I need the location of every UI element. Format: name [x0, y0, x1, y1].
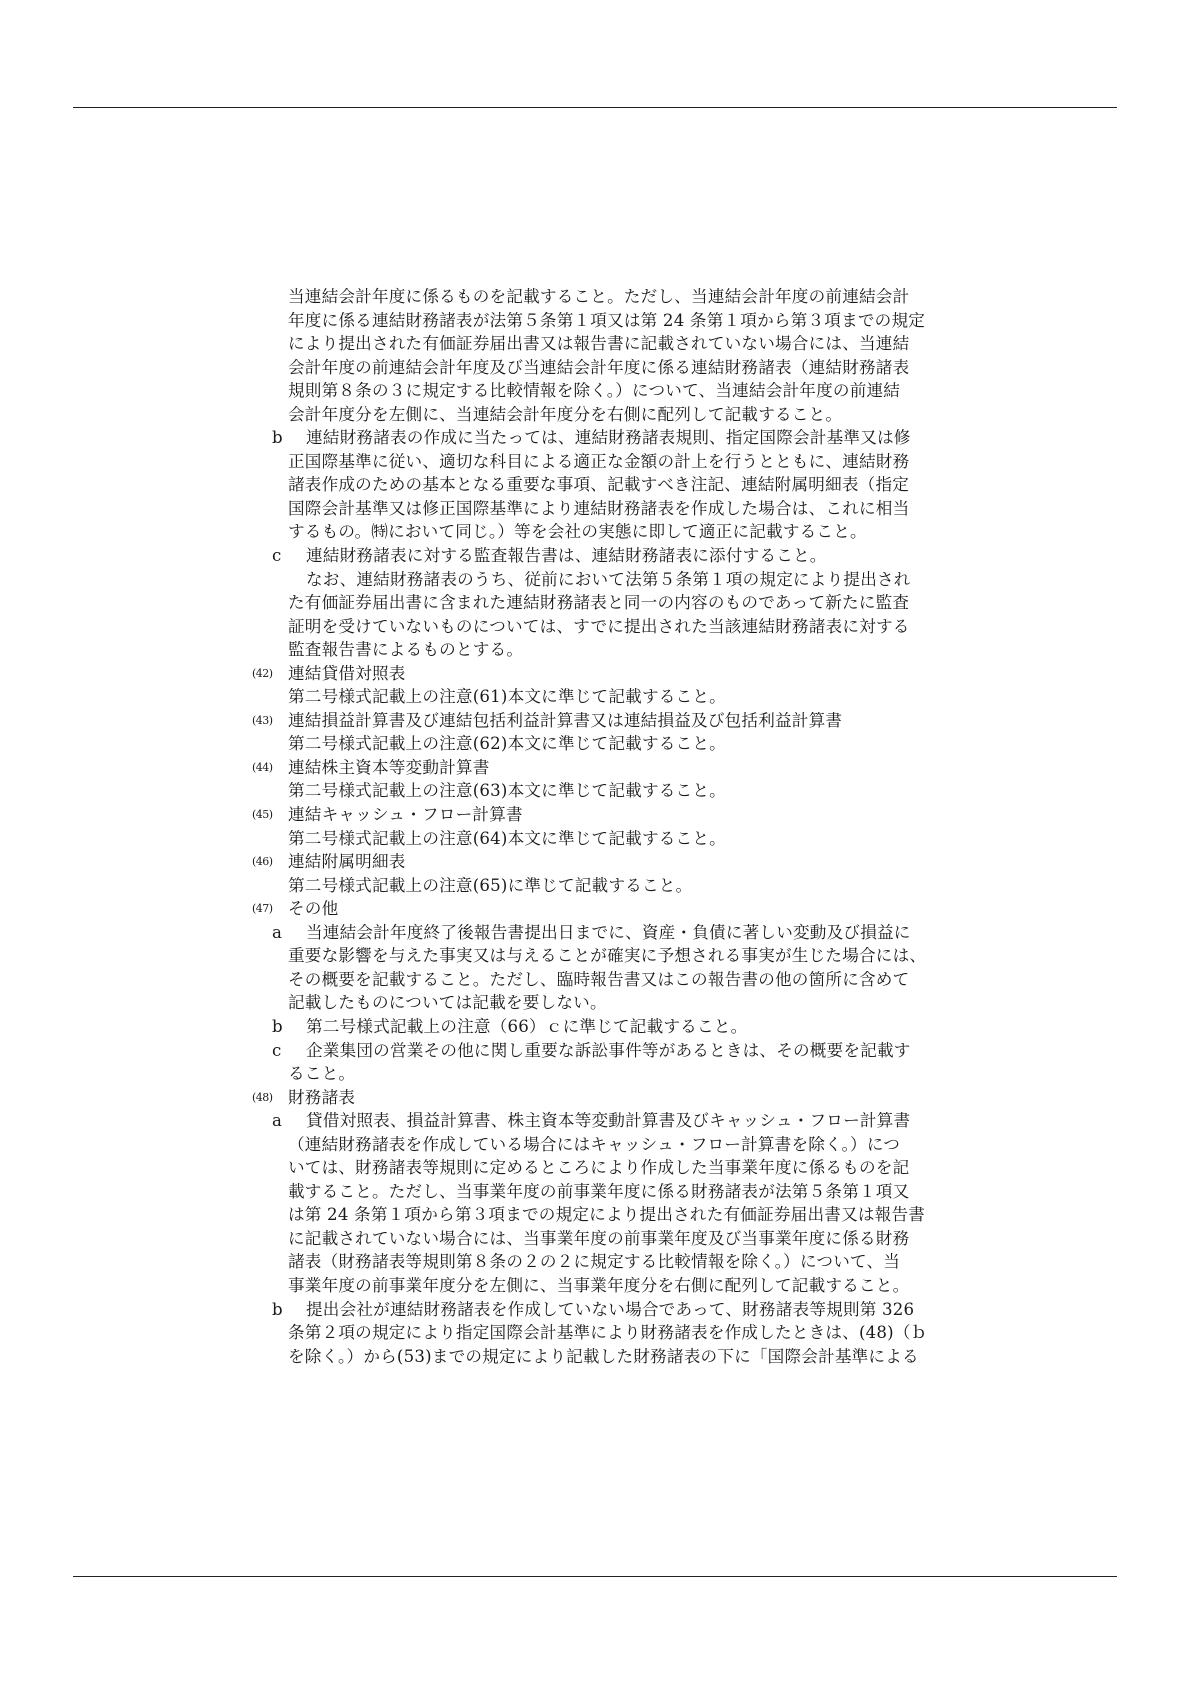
line-text: 貸借対照表、損益計算書、株主資本等変動計算書及びキャッシュ・フロー計算書 [306, 1109, 910, 1133]
numbered-item-heading: (42)連結貸借対照表 [250, 662, 970, 686]
body-text-line: 規則第８条の３に規定する比較情報を除く。）について、当連結会計年度の前連結 [250, 379, 970, 403]
body-text-line: 重要な影響を与えた事実又は与えることが確実に予想される事実が生じた場合には、 [250, 944, 970, 968]
body-text-line: 会計年度の前連結会計年度及び当連結会計年度に係る連結財務諸表（連結財務諸表 [250, 356, 970, 380]
line-text: 諸表（財務諸表等規則第８条の２の２に規定する比較情報を除く。）について、当 [288, 1250, 900, 1274]
body-text-line: 第二号様式記載上の注意(64)本文に準じて記載すること。 [250, 827, 970, 851]
item-letter: b [272, 1298, 283, 1322]
body-text-line: 諸表作成のための基本となる重要な事項、記載すべき注記、連結附属明細表（指定 [250, 473, 970, 497]
item-letter: b [272, 1015, 283, 1039]
footer-rule [73, 1576, 1117, 1577]
item-letter: a [272, 921, 282, 945]
line-text: 第二号様式記載上の注意(63)本文に準じて記載すること。 [288, 779, 726, 803]
line-text: 提出会社が連結財務諸表を作成していない場合であって、財務諸表等規則第 326 [306, 1298, 914, 1322]
line-text: 事業年度の前事業年度分を左側に、当事業年度分を右側に配列して記載すること。 [288, 1274, 909, 1298]
body-text-line: 年度に係る連結財務諸表が法第５条第１項又は第 24 条第１項から第３項までの規定 [250, 309, 970, 333]
line-text: 連結損益計算書及び連結包括利益計算書又は連結損益及び包括利益計算書 [288, 709, 842, 733]
body-text-line: 監査報告書によるものとする。 [250, 638, 970, 662]
body-text-line: いては、財務諸表等規則に定めるところにより作成した当事業年度に係るものを記 [250, 1156, 970, 1180]
lettered-subitem: a貸借対照表、損益計算書、株主資本等変動計算書及びキャッシュ・フロー計算書 [250, 1109, 970, 1133]
item-letter: a [272, 1109, 282, 1133]
body-text-line: なお、連結財務諸表のうち、従前において法第５条第１項の規定により提出され [250, 568, 970, 592]
line-text: 第二号様式記載上の注意（66）ｃに準じて記載すること。 [306, 1015, 747, 1039]
document-body: 当連結会計年度に係るものを記載すること。ただし、当連結会計年度の前連結会計年度に… [250, 285, 970, 1368]
numbered-item-heading: (47)その他 [250, 897, 970, 921]
line-text: は第 24 条第１項から第３項までの規定により提出された有価証券届出書又は報告書 [288, 1203, 925, 1227]
body-text-line: （連結財務諸表を作成している場合にはキャッシュ・フロー計算書を除く。）につ [250, 1133, 970, 1157]
body-text-line: ること。 [250, 1062, 970, 1086]
line-text: 正国際基準に従い、適切な科目による適正な金額の計上を行うとともに、連結財務 [288, 450, 909, 474]
line-text: するもの。㈵において同じ。）等を会社の実態に即して適正に記載すること。 [288, 520, 867, 544]
numbered-item-heading: (45)連結キャッシュ・フロー計算書 [250, 803, 970, 827]
body-text-line: 正国際基準に従い、適切な科目による適正な金額の計上を行うとともに、連結財務 [250, 450, 970, 474]
line-text: 連結貸借対照表 [288, 662, 406, 686]
line-text: 連結財務諸表の作成に当たっては、連結財務諸表規則、指定国際会計基準又は修 [306, 426, 911, 450]
line-text: 第二号様式記載上の注意(61)本文に準じて記載すること。 [288, 685, 726, 709]
line-text: 会計年度分を左側に、当連結会計年度分を右側に配列して記載すること。 [288, 403, 842, 427]
body-text-line: は第 24 条第１項から第３項までの規定により提出された有価証券届出書又は報告書 [250, 1203, 970, 1227]
body-text-line: 事業年度の前事業年度分を左側に、当事業年度分を右側に配列して記載すること。 [250, 1274, 970, 1298]
body-text-line: 条第２項の規定により指定国際会計基準により財務諸表を作成したときは、(48)（ｂ [250, 1321, 970, 1345]
line-text: 企業集団の営業その他に関し重要な訴訟事件等があるときは、その概要を記載す [306, 1039, 911, 1063]
line-text: （連結財務諸表を作成している場合にはキャッシュ・フロー計算書を除く。）につ [288, 1133, 900, 1157]
numbered-item-heading: (44)連結株主資本等変動計算書 [250, 756, 970, 780]
body-text-line: に記載されていない場合には、当事業年度の前事業年度及び当事業年度に係る財務 [250, 1227, 970, 1251]
lettered-subitem: c連結財務諸表に対する監査報告書は、連結財務諸表に添付すること。 [250, 544, 970, 568]
body-text-line: 証明を受けていないものについては、すでに提出された当該連結財務諸表に対する [250, 615, 970, 639]
line-text: 第二号様式記載上の注意(65)に準じて記載すること。 [288, 874, 692, 898]
line-text: 連結財務諸表に対する監査報告書は、連結財務諸表に添付すること。 [306, 544, 827, 568]
line-text: 記載したものについては記載を要しない。 [288, 991, 607, 1015]
item-number: (42) [252, 662, 273, 686]
line-text: 会計年度の前連結会計年度及び当連結会計年度に係る連結財務諸表（連結財務諸表 [288, 356, 909, 380]
body-text-line: た有価証券届出書に含まれた連結財務諸表と同一の内容のものであって新たに監査 [250, 591, 970, 615]
line-text: その他 [288, 897, 338, 921]
item-number: (45) [252, 803, 273, 827]
numbered-item-heading: (43)連結損益計算書及び連結包括利益計算書又は連結損益及び包括利益計算書 [250, 709, 970, 733]
body-text-line: 第二号様式記載上の注意(65)に準じて記載すること。 [250, 874, 970, 898]
body-text-line: を除く。）から(53)までの規定により記載した財務諸表の下に「国際会計基準による [250, 1345, 970, 1369]
header-rule [73, 107, 1117, 108]
line-text: 重要な影響を与えた事実又は与えることが確実に予想される事実が生じた場合には、 [288, 944, 926, 968]
body-text-line: 国際会計基準又は修正国際基準により連結財務諸表を作成した場合は、これに相当 [250, 497, 970, 521]
body-text-line: 第二号様式記載上の注意(62)本文に準じて記載すること。 [250, 732, 970, 756]
line-text: なお、連結財務諸表のうち、従前において法第５条第１項の規定により提出され [306, 568, 911, 592]
line-text: 規則第８条の３に規定する比較情報を除く。）について、当連結会計年度の前連結 [288, 379, 900, 403]
line-text: 財務諸表 [288, 1086, 355, 1110]
line-text: 連結附属明細表 [288, 850, 406, 874]
body-text-line: 当連結会計年度に係るものを記載すること。ただし、当連結会計年度の前連結会計 [250, 285, 970, 309]
line-text: を除く。）から(53)までの規定により記載した財務諸表の下に「国際会計基準による [288, 1345, 919, 1369]
body-text-line: その概要を記載すること。ただし、臨時報告書又はこの報告書の他の箇所に含めて [250, 968, 970, 992]
line-text: その概要を記載すること。ただし、臨時報告書又はこの報告書の他の箇所に含めて [288, 968, 909, 992]
body-text-line: 第二号様式記載上の注意(61)本文に準じて記載すること。 [250, 685, 970, 709]
line-text: た有価証券届出書に含まれた連結財務諸表と同一の内容のものであって新たに監査 [288, 591, 909, 615]
body-text-line: 載すること。ただし、当事業年度の前事業年度に係る財務諸表が法第５条第１項又 [250, 1180, 970, 1204]
line-text: 監査報告書によるものとする。 [288, 638, 523, 662]
item-number: (47) [252, 897, 273, 921]
body-text-line: により提出された有価証券届出書又は報告書に記載されていない場合には、当連結 [250, 332, 970, 356]
item-number: (48) [252, 1086, 273, 1110]
line-text: ること。 [288, 1062, 355, 1086]
body-text-line: 第二号様式記載上の注意(63)本文に準じて記載すること。 [250, 779, 970, 803]
item-letter: c [272, 1039, 282, 1063]
body-text-line: 記載したものについては記載を要しない。 [250, 991, 970, 1015]
numbered-item-heading: (48)財務諸表 [250, 1086, 970, 1110]
lettered-subitem: a当連結会計年度終了後報告書提出日までに、資産・負債に著しい変動及び損益に [250, 921, 970, 945]
line-text: 第二号様式記載上の注意(64)本文に準じて記載すること。 [288, 827, 726, 851]
line-text: 当連結会計年度に係るものを記載すること。ただし、当連結会計年度の前連結会計 [288, 285, 909, 309]
line-text: 連結キャッシュ・フロー計算書 [288, 803, 523, 827]
line-text: 証明を受けていないものについては、すでに提出された当該連結財務諸表に対する [288, 615, 910, 639]
line-text: 諸表作成のための基本となる重要な事項、記載すべき注記、連結附属明細表（指定 [288, 473, 909, 497]
line-text: 当連結会計年度終了後報告書提出日までに、資産・負債に著しい変動及び損益に [306, 921, 911, 945]
body-text-line: 会計年度分を左側に、当連結会計年度分を右側に配列して記載すること。 [250, 403, 970, 427]
lettered-subitem: b連結財務諸表の作成に当たっては、連結財務諸表規則、指定国際会計基準又は修 [250, 426, 970, 450]
line-text: 条第２項の規定により指定国際会計基準により財務諸表を作成したときは、(48)（ｂ [288, 1321, 927, 1345]
line-text: 年度に係る連結財務諸表が法第５条第１項又は第 24 条第１項から第３項までの規定 [288, 309, 925, 333]
lettered-subitem: b提出会社が連結財務諸表を作成していない場合であって、財務諸表等規則第 326 [250, 1298, 970, 1322]
item-letter: b [272, 426, 283, 450]
numbered-item-heading: (46)連結附属明細表 [250, 850, 970, 874]
line-text: いては、財務諸表等規則に定めるところにより作成した当事業年度に係るものを記 [288, 1156, 909, 1180]
line-text: に記載されていない場合には、当事業年度の前事業年度及び当事業年度に係る財務 [288, 1227, 909, 1251]
lettered-subitem: c企業集団の営業その他に関し重要な訴訟事件等があるときは、その概要を記載す [250, 1039, 970, 1063]
item-number: (46) [252, 850, 273, 874]
line-text: 国際会計基準又は修正国際基準により連結財務諸表を作成した場合は、これに相当 [288, 497, 909, 521]
item-number: (44) [252, 756, 273, 780]
line-text: 連結株主資本等変動計算書 [288, 756, 490, 780]
body-text-line: 諸表（財務諸表等規則第８条の２の２に規定する比較情報を除く。）について、当 [250, 1250, 970, 1274]
line-text: により提出された有価証券届出書又は報告書に記載されていない場合には、当連結 [288, 332, 909, 356]
line-text: 載すること。ただし、当事業年度の前事業年度に係る財務諸表が法第５条第１項又 [288, 1180, 909, 1204]
item-letter: c [272, 544, 282, 568]
line-text: 第二号様式記載上の注意(62)本文に準じて記載すること。 [288, 732, 726, 756]
item-number: (43) [252, 709, 273, 733]
body-text-line: するもの。㈵において同じ。）等を会社の実態に即して適正に記載すること。 [250, 520, 970, 544]
lettered-subitem: b第二号様式記載上の注意（66）ｃに準じて記載すること。 [250, 1015, 970, 1039]
